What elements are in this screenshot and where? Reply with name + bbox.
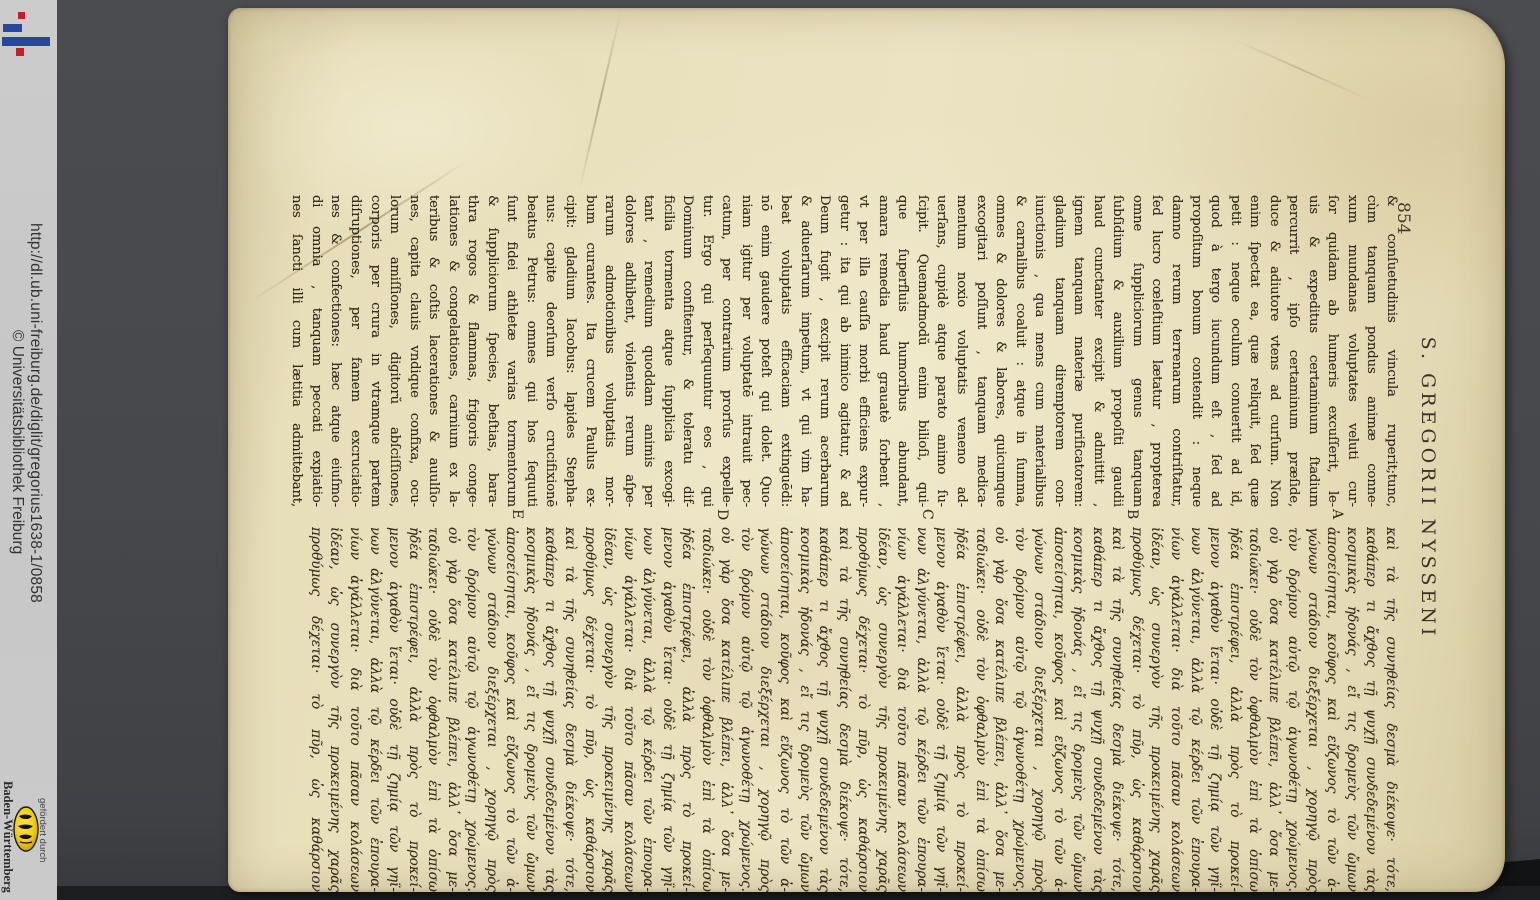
greek-text-line: νίων ἀγάλλεται· διὰ τοῦτο πᾶσαν κολάσεων xyxy=(343,527,363,892)
latin-text-line: lorum amiſſiones, digitorŭ abſciſſiones, xyxy=(383,195,403,507)
greek-text-line: καὶ τὰ τῆς συνηθείας δεσμὰ διέκοψε· τότε… xyxy=(1379,527,1399,892)
greek-text-line: καθάπερ τι ἄχθος τῇ ψυχῇ συνδεδεμένον τὰ… xyxy=(813,527,833,892)
latin-text-line: rarum admotionibus voluptatis mor- xyxy=(598,195,618,507)
greek-text-line: μενον ἀγαθὸν ἵεται· οὐδὲ τῇ ζημίᾳ τῶν γη… xyxy=(383,527,403,892)
greek-text-line: ἰδέαν, ὡς συνεργὸν τῆς προκειμένης χαρᾶς xyxy=(871,527,891,892)
greek-text-line: νων ἀλγύνεται, ἀλλὰ τῷ κέρδει τῶν ἐπουρα… xyxy=(637,527,657,892)
latin-text-line: & carnalibus coaluit : atque in ſumma, xyxy=(1008,195,1028,507)
latin-text-line: omne ſuppliciorum genus tanquam xyxy=(1125,195,1145,507)
latin-text-line: iunctionis , qua mens cum materialibus xyxy=(1028,195,1048,507)
latin-text-line: nus: capite deorſum verſo crucifixionē xyxy=(539,195,559,507)
latin-text-line: enim ſpectat ea, quæ reliquit, ſed quæ xyxy=(1243,195,1263,507)
latin-text-line: Deum fugit , excipit rerum acerbarum xyxy=(813,195,833,507)
latin-text-line: ſunt fidei athletæ varias tormentorum xyxy=(500,195,520,507)
greek-text-line: νων ἀλγύνεται, ἀλλὰ τῷ κέρδει τῶν ἐπουρα… xyxy=(363,527,383,892)
greek-text-line: γώνων στάδιον διεξέρχεται , χορηγῷ πρὸς xyxy=(1028,527,1048,892)
latin-column: & conſuetudinis vincula ruperit;tunc,cùm… xyxy=(285,195,1399,507)
latin-text-line: Dominum confitentur, & toleratu dif- xyxy=(676,195,696,507)
column-gutter: ABCDE xyxy=(285,507,1399,527)
latin-text-line: petit : neque oculum conuertit ad id, xyxy=(1223,195,1243,507)
gutter-marker-A: A xyxy=(1329,509,1345,519)
ub-freiburg-logo-blue-bar-long xyxy=(2,37,50,46)
gutter-marker-D: D xyxy=(714,509,730,520)
latin-text-line: duce & adiutore vtens ad curſum. Non xyxy=(1262,195,1282,507)
greek-text-line: γώνων στάδιον διεξέρχεται , χορηγῷ πρὸς xyxy=(754,527,774,892)
latin-text-line: excogitari poſſunt , tanquam medica- xyxy=(969,195,989,507)
greek-text-line: ἀποσείσηται, κοῦφος καὶ εὔζωνος τὸ τῶν ἀ… xyxy=(500,527,520,892)
baden-wuerttemberg-lions-logo xyxy=(13,806,39,852)
latin-text-line: diſruptiones, per famem excruciatio- xyxy=(343,195,363,507)
latin-text-line: catum, per contrarium prorſus expelle- xyxy=(715,195,735,507)
greek-text-line: κοσμικὰς ἡδονάς , εἴ τις δρομεὺς τῶν ὤμω… xyxy=(1067,527,1087,892)
latin-text-line: quod à tergo iucundum eſt , ſed ad xyxy=(1204,195,1224,507)
greek-text-line: ἰδέαν, ὡς συνεργὸν τῆς προκειμένης χαρᾶς xyxy=(324,527,344,892)
latin-text-line: ſor quidam ab humeris excuſſerit, le- xyxy=(1321,195,1341,507)
ub-freiburg-logo-red-square-bottom xyxy=(16,48,24,56)
greek-text-line: καὶ τὰ τῆς συνηθείας δεσμὰ διέκοψε· τότε… xyxy=(1106,527,1126,892)
latin-text-line: cùm tanquam pondus animæ conne- xyxy=(1360,195,1380,507)
latin-text-line: bum curantes. Ita crucem Paulus ex- xyxy=(578,195,598,507)
greek-text-line: ἡδέα ἐπιστρέφει, ἀλλὰ πρὸς τὸ προκεί- xyxy=(1223,527,1243,892)
latin-text-line: nes & confectiones: hæc atque eiuſmo- xyxy=(324,195,344,507)
latin-text-line: que ſuperfluis humoribus abundant, xyxy=(891,195,911,507)
latin-text-line: xum mundanas voluptates veluti cur- xyxy=(1340,195,1360,507)
document-url: http://dl.ub.uni-freiburg.de/diglit/greg… xyxy=(26,223,44,603)
greek-text-line: ἀποσείσηται, κοῦφος καὶ εὔζωνος τὸ τῶν ἀ… xyxy=(1047,527,1067,892)
greek-text-line: καὶ τὰ τῆς συνηθείας δεσμὰ διέκοψε· τότε… xyxy=(832,527,852,892)
latin-text-line: & aduerſarum impetum, vt qui vim ha- xyxy=(793,195,813,507)
greek-text-line: καθάπερ τι ἄχθος τῇ ψυχῇ συνδεδεμένον τὰ… xyxy=(1086,527,1106,892)
greek-text-line: ἰδέαν, ὡς συνεργὸν τῆς προκειμένης χαρᾶς xyxy=(598,527,618,892)
greek-text-line: κοσμικὰς ἡδονάς , εἴ τις δρομεὺς τῶν ὤμω… xyxy=(793,527,813,892)
greek-text-line: τὸν δρόμον αὐτῷ τῷ ἀγωνοθέτῃ χρώμενος. xyxy=(1282,527,1302,892)
latin-text-line: amara remedia haud grauatè ſorbent , xyxy=(871,195,891,507)
latin-text-line: nes ſancti illi cum lætitia admittebant, xyxy=(285,195,305,507)
greek-text-line: προθύμως δέχεται· τὸ πῦρ, ὡς καθάρσιον xyxy=(1125,527,1145,892)
latin-text-line: tur. Ergo qui perſequuntur eos , qui xyxy=(695,195,715,507)
greek-text-line: τὸν δρόμον αὐτῷ τῷ ἀγωνοθέτῃ χρώμενος. xyxy=(734,527,754,892)
greek-text-line: μενον ἀγαθὸν ἵεται· οὐδὲ τῇ ζημίᾳ τῶν γη… xyxy=(1204,527,1224,892)
greek-text-line: ταδιώκει· οὐδὲ τὸν ὀφθαλμὸν ἐπὶ τὰ ὀπίσω xyxy=(695,527,715,892)
greek-text-line: τὸν δρόμον αὐτῷ τῷ ἀγωνοθέτῃ χρώμενος. xyxy=(1008,527,1028,892)
latin-text-line: ſubſidium & auxilium propoſiti gaudii xyxy=(1106,195,1126,507)
gutter-marker-B: B xyxy=(1124,509,1140,519)
greek-text-line: ταδιώκει· οὐδὲ τὸν ὀφθαλμὸν ἐπὶ τὰ ὀπίσω xyxy=(422,527,442,892)
greek-text-line: προθύμως δέχεται· τὸ πῦρ, ὡς καθάρσιον xyxy=(304,527,324,892)
gutter-marker-C: C xyxy=(919,509,935,520)
latin-text-line: & conſuetudinis vincula ruperit;tunc, xyxy=(1379,195,1399,507)
latin-text-line: gladium tanquam diremptorem con- xyxy=(1047,195,1067,507)
latin-text-line: nō enim gaudere poteſt qui dolet. Quo- xyxy=(754,195,774,507)
greek-text-line: προθύμως δέχεται· τὸ πῦρ, ὡς καθάρσιον xyxy=(852,527,872,892)
greek-text-line: νων ἀλγύνεται, ἀλλὰ τῷ κέρδει τῶν ἐπουρα… xyxy=(910,527,930,892)
greek-text-line: νίων ἀγάλλεται· διὰ τοῦτο πᾶσαν κολάσεων xyxy=(1164,527,1184,892)
greek-text-line: οὐ γὰρ ὅσα κατέλιπε βλέπει, ἀλλ᾽ ὅσα με- xyxy=(715,527,735,892)
greek-text-line: καθάπερ τι ἄχθος τῇ ψυχῇ συνδεδεμένον τὰ… xyxy=(1360,527,1380,892)
latin-text-line: niam igitur per voluptatē intrauit pec- xyxy=(734,195,754,507)
running-header: S. GREGORII NYSSENI xyxy=(1417,208,1439,768)
greek-text-line: ἡδέα ἐπιστρέφει, ἀλλὰ πρὸς τὸ προκεί- xyxy=(402,527,422,892)
latin-text-line: haud cunctanter excipit & admittit , xyxy=(1086,195,1106,507)
latin-text-line: nes, capita clauis vndique confixa, ocu- xyxy=(402,195,422,507)
latin-text-line: corporis per crura in vtramque partem xyxy=(363,195,383,507)
latin-text-line: vt per illa cauſſa morbi efficiens expur… xyxy=(852,195,872,507)
greek-text-line: οὐ γὰρ ὅσα κατέλιπε βλέπει, ἀλλ᾽ ὅσα με- xyxy=(989,527,1009,892)
greek-text-line: κοσμικὰς ἡδονάς , εἴ τις δρομεὺς τῶν ὤμω… xyxy=(1340,527,1360,892)
latin-text-line: lationes & congelationes, carnium ex la- xyxy=(441,195,461,507)
scanned-page: 854 S. GREGORII NYSSENI & conſuetudinis … xyxy=(228,8,1505,892)
latin-text-line: teribus & coſtis lacerationes & auulſio- xyxy=(422,195,442,507)
greek-text-line: τὸν δρόμον αὐτῷ τῷ ἀγωνοθέτῃ χρώμενος. xyxy=(461,527,481,892)
greek-text-line: ἀποσείσηται, κοῦφος καὶ εὔζωνος τὸ τῶν ἀ… xyxy=(774,527,794,892)
page-content-rotated: 854 S. GREGORII NYSSENI & conſuetudinis … xyxy=(228,8,1505,892)
latin-text-line: & ſuppliciorum ſpecies, beſtias, bara- xyxy=(480,195,500,507)
greek-text-line: μενον ἀγαθὸν ἵεται· οὐδὲ τῇ ζημίᾳ τῶν γη… xyxy=(930,527,950,892)
latin-text-line: mentum noxio voluptatis veneno ad- xyxy=(949,195,969,507)
latin-text-line: beatus Petrus: omnes qui hos ſequuti xyxy=(519,195,539,507)
ub-freiburg-logo-red-square-top xyxy=(18,12,25,19)
gutter-marker-E: E xyxy=(509,509,525,519)
latin-text-line: omnes & dolores & labores, quicumque xyxy=(989,195,1009,507)
latin-text-line: uis & expeditus certaminum ſtadium xyxy=(1301,195,1321,507)
latin-text-line: di omnia , tanquam peccati expiatio- xyxy=(304,195,324,507)
latin-text-line: ignem tanquam materiæ purificatorem: xyxy=(1067,195,1087,507)
latin-text-line: damno rerum terrenarum contriſtatur, xyxy=(1164,195,1184,507)
greek-text-line: καθάπερ τι ἄχθος τῇ ψυχῇ συνδεδεμένον τὰ… xyxy=(539,527,559,892)
latin-text-line: beat voluptatis efficaciam extinguēdi: xyxy=(774,195,794,507)
latin-text-line: percurrit , ipſo certaminum præſide, xyxy=(1282,195,1302,507)
greek-text-line: ἰδέαν, ὡς συνεργὸν τῆς προκειμένης χαρᾶς xyxy=(1145,527,1165,892)
greek-text-line: ἡδέα ἐπιστρέφει, ἀλλὰ πρὸς τὸ προκεί- xyxy=(676,527,696,892)
copyright-notice: © Universitätsbibliothek Freiburg xyxy=(8,330,26,554)
greek-text-line: ἡδέα ἐπιστρέφει, ἀλλὰ πρὸς τὸ προκεί- xyxy=(949,527,969,892)
greek-text-line: προθύμως δέχεται· τὸ πῦρ, ὡς καθάρσιον xyxy=(578,527,598,892)
greek-text-line: ἀποσείσηται, κοῦφος καὶ εὔζωνος τὸ τῶν ἀ… xyxy=(1321,527,1341,892)
greek-text-line: ταδιώκει· οὐδὲ τὸν ὀφθαλμὸν ἐπὶ τὰ ὀπίσω xyxy=(1243,527,1263,892)
greek-text-line: γώνων στάδιον διεξέρχεται , χορηγῷ πρὸς xyxy=(480,527,500,892)
greek-text-line: νων ἀλγύνεται, ἀλλὰ τῷ κέρδει τῶν ἐπουρα… xyxy=(1184,527,1204,892)
latin-text-line: tant , remedium quoddam animis per xyxy=(637,195,657,507)
greek-text-line: κοσμικὰς ἡδονάς , εἴ τις δρομεὺς τῶν ὤμω… xyxy=(519,527,539,892)
latin-text-line: dolores adhibent, violentis rerum aſpe- xyxy=(617,195,637,507)
greek-text-line: γώνων στάδιον διεξέρχεται , χορηγῷ πρὸς xyxy=(1301,527,1321,892)
latin-text-line: thra rogos & flammas, frigoris conge- xyxy=(461,195,481,507)
latin-text-line: uerſans, cupidè atque parato animo ſu- xyxy=(930,195,950,507)
latin-text-line: propoſitum bonum contendit : neque xyxy=(1184,195,1204,507)
text-block: & conſuetudinis vincula ruperit;tunc,cùm… xyxy=(285,195,1399,892)
greek-text-line: μενον ἀγαθὸν ἵεται· οὐδὲ τῇ ζημίᾳ τῶν γη… xyxy=(656,527,676,892)
greek-column: καὶ τὰ τῆς συνηθείας δεσμὰ διέκοψε· τότε… xyxy=(285,527,1399,892)
latin-text-line: ſcipit. Quemadmodŭ enim bilioſi, qui- xyxy=(910,195,930,507)
library-frame-strip: http://dl.ub.uni-freiburg.de/diglit/greg… xyxy=(0,0,57,900)
greek-text-line: νίων ἀγάλλεται· διὰ τοῦτο πᾶσαν κολάσεων xyxy=(891,527,911,892)
latin-text-line: getur : ita qui ab inimico agitatur, & a… xyxy=(832,195,852,507)
latin-text-line: cipit: gladium Iacobus: lapides Stepha- xyxy=(558,195,578,507)
greek-text-line: οὐ γὰρ ὅσα κατέλιπε βλέπει, ἀλλ᾽ ὅσα με- xyxy=(1262,527,1282,892)
greek-text-line: ταδιώκει· οὐδὲ τὸν ὀφθαλμὸν ἐπὶ τὰ ὀπίσω xyxy=(969,527,989,892)
greek-text-line: καὶ τὰ τῆς συνηθείας δεσμὰ διέκοψε· τότε… xyxy=(558,527,578,892)
latin-text-line: ſed lucro cœleſtium lætatur , propterea xyxy=(1145,195,1165,507)
ub-freiburg-logo-blue-bar-short xyxy=(3,24,22,32)
greek-text-line: νίων ἀγάλλεται· διὰ τοῦτο πᾶσαν κολάσεων xyxy=(617,527,637,892)
greek-text-line: οὐ γὰρ ὅσα κατέλιπε βλέπει, ἀλλ᾽ ὅσα με- xyxy=(441,527,461,892)
latin-text-line: ficilia tormenta atque ſupplicia excogi- xyxy=(656,195,676,507)
